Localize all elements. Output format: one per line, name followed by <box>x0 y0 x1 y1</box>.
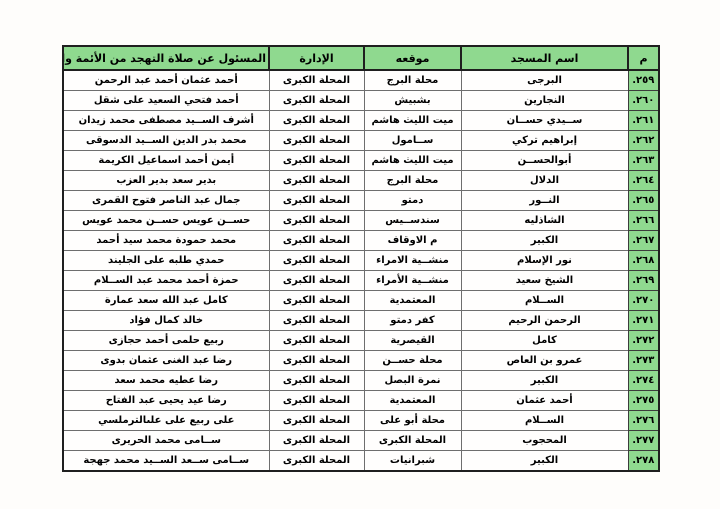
cell-mosque-name: كامل <box>461 331 628 351</box>
cell-row-number: ٢٧٦. <box>628 411 659 431</box>
col-header-responsible: المسئول عن صلاة التهجد من الأئمة والخطبا… <box>63 46 269 70</box>
cell-responsible: أيمن أحمد اسماعيل الكريمة <box>63 151 269 171</box>
cell-location: القيصرية <box>364 331 461 351</box>
cell-row-number: ٢٧٧. <box>628 431 659 451</box>
cell-row-number: ٢٦٦. <box>628 211 659 231</box>
cell-row-number: ٢٦٩. <box>628 271 659 291</box>
cell-location: شبرانيات <box>364 451 461 472</box>
cell-administration: المحلة الكبرى <box>269 191 364 211</box>
cell-administration: المحلة الكبرى <box>269 311 364 331</box>
cell-responsible: كامل عبد الله سعد عمارة <box>63 291 269 311</box>
cell-responsible: أحمد فتحي السعيد على شقل <box>63 91 269 111</box>
table-row: ٢٧٤. الكبير نمرة البصل المحلة الكبرى رضا… <box>63 371 659 391</box>
cell-mosque-name: الرحمن الرحيم <box>461 311 628 331</box>
cell-mosque-name: أبوالحســن <box>461 151 628 171</box>
cell-row-number: ٢٦٢. <box>628 131 659 151</box>
cell-administration: المحلة الكبرى <box>269 131 364 151</box>
cell-location: المعتمدية <box>364 291 461 311</box>
cell-mosque-name: الدلال <box>461 171 628 191</box>
cell-mosque-name: النجارين <box>461 91 628 111</box>
table-row: ٢٦٤. الدلال محلة البرج المحلة الكبرى بدي… <box>63 171 659 191</box>
cell-row-number: ٢٦٣. <box>628 151 659 171</box>
table-row: ٢٦٣. أبوالحســن ميت الليث هاشم المحلة ال… <box>63 151 659 171</box>
cell-responsible: محمد بدر الدين الســيد الدسوقى <box>63 131 269 151</box>
cell-responsible: حمدي طلبه على الجليند <box>63 251 269 271</box>
cell-row-number: ٢٦٧. <box>628 231 659 251</box>
cell-mosque-name: المحجوب <box>461 431 628 451</box>
cell-row-number: ٢٥٩. <box>628 70 659 91</box>
cell-location: ميت الليث هاشم <box>364 151 461 171</box>
cell-location: سندســيس <box>364 211 461 231</box>
cell-mosque-name: نور الإسلام <box>461 251 628 271</box>
table-row: ٢٦٢. إبراهيم تركي ســامول المحلة الكبرى … <box>63 131 659 151</box>
cell-mosque-name: أحمد عثمان <box>461 391 628 411</box>
cell-responsible: حمزة أحمد محمد عبد الســلام <box>63 271 269 291</box>
cell-mosque-name: الكبير <box>461 451 628 472</box>
cell-row-number: ٢٧٨. <box>628 451 659 472</box>
table-row: ٢٦٥. النــور دمتو المحلة الكبرى جمال عبد… <box>63 191 659 211</box>
table-row: ٢٧٧. المحجوب المحلة الكبرى المحلة الكبرى… <box>63 431 659 451</box>
cell-administration: المحلة الكبرى <box>269 251 364 271</box>
cell-location: ميت الليث هاشم <box>364 111 461 131</box>
cell-administration: المحلة الكبرى <box>269 391 364 411</box>
col-header-administration: الإدارة <box>269 46 364 70</box>
cell-responsible: على ربيع على علىالترملسي <box>63 411 269 431</box>
cell-responsible: ربيع حلمى أحمد حجازى <box>63 331 269 351</box>
table-body: ٢٥٩. البرجى محلة البرج المحلة الكبرى أحم… <box>63 70 659 471</box>
cell-administration: المحلة الكبرى <box>269 111 364 131</box>
cell-mosque-name: الشاذليه <box>461 211 628 231</box>
cell-location: محلة البرج <box>364 70 461 91</box>
cell-responsible: أشرف الســيد مصطفى محمد زيدان <box>63 111 269 131</box>
cell-administration: المحلة الكبرى <box>269 151 364 171</box>
cell-administration: المحلة الكبرى <box>269 70 364 91</box>
cell-administration: المحلة الكبرى <box>269 291 364 311</box>
cell-location: منشــية الأمراء <box>364 271 461 291</box>
cell-row-number: ٢٧٢. <box>628 331 659 351</box>
cell-responsible: رضا عطيه محمد سعد <box>63 371 269 391</box>
col-header-mosque-name: اسم المسجد <box>461 46 628 70</box>
cell-administration: المحلة الكبرى <box>269 451 364 472</box>
cell-row-number: ٢٧٥. <box>628 391 659 411</box>
cell-mosque-name: البرجى <box>461 70 628 91</box>
table-row: ٢٦٦. الشاذليه سندســيس المحلة الكبرى حسـ… <box>63 211 659 231</box>
cell-mosque-name: الكبير <box>461 231 628 251</box>
table-row: ٢٦١. ســيدي حســان ميت الليث هاشم المحلة… <box>63 111 659 131</box>
cell-row-number: ٢٧٠. <box>628 291 659 311</box>
table-row: ٢٧١. الرحمن الرحيم كفر دمتو المحلة الكبر… <box>63 311 659 331</box>
cell-row-number: ٢٧٣. <box>628 351 659 371</box>
table-row: ٢٦٨. نور الإسلام منشــية الامراء المحلة … <box>63 251 659 271</box>
cell-row-number: ٢٦٥. <box>628 191 659 211</box>
cell-administration: المحلة الكبرى <box>269 91 364 111</box>
cell-location: المحلة الكبرى <box>364 431 461 451</box>
table-row: ٢٦٩. الشيخ سعيد منشــية الأمراء المحلة ا… <box>63 271 659 291</box>
cell-location: منشــية الامراء <box>364 251 461 271</box>
cell-location: دمتو <box>364 191 461 211</box>
cell-location: م الاوقاف <box>364 231 461 251</box>
cell-location: محلة أبو على <box>364 411 461 431</box>
cell-responsible: حســن عويس حســن محمد عويس <box>63 211 269 231</box>
cell-location: بشبيش <box>364 91 461 111</box>
cell-responsible: رضا عبد الغنى عثمان بدوى <box>63 351 269 371</box>
cell-administration: المحلة الكبرى <box>269 171 364 191</box>
cell-administration: المحلة الكبرى <box>269 211 364 231</box>
cell-location: محلة البرج <box>364 171 461 191</box>
cell-administration: المحلة الكبرى <box>269 271 364 291</box>
cell-mosque-name: الســلام <box>461 291 628 311</box>
cell-mosque-name: الســلام <box>461 411 628 431</box>
table-row: ٢٦٧. الكبير م الاوقاف المحلة الكبرى محمد… <box>63 231 659 251</box>
cell-mosque-name: الكبير <box>461 371 628 391</box>
cell-responsible: ســامى ســعد الســيد محمد جهجة <box>63 451 269 472</box>
cell-location: محلة حســن <box>364 351 461 371</box>
cell-responsible: خالد كمال فؤاد <box>63 311 269 331</box>
cell-row-number: ٢٦١. <box>628 111 659 131</box>
col-header-location: موقعه <box>364 46 461 70</box>
cell-row-number: ٢٧١. <box>628 311 659 331</box>
cell-administration: المحلة الكبرى <box>269 431 364 451</box>
header-row: م اسم المسجد موقعه الإدارة المسئول عن صل… <box>63 46 659 70</box>
tahajjud-mosques-table: م اسم المسجد موقعه الإدارة المسئول عن صل… <box>62 45 660 472</box>
cell-row-number: ٢٦٤. <box>628 171 659 191</box>
cell-mosque-name: عمرو بن العاص <box>461 351 628 371</box>
cell-administration: المحلة الكبرى <box>269 371 364 391</box>
table-row: ٢٧٥. أحمد عثمان المعتمدية المحلة الكبرى … <box>63 391 659 411</box>
cell-mosque-name: الشيخ سعيد <box>461 271 628 291</box>
cell-mosque-name: إبراهيم تركي <box>461 131 628 151</box>
table-row: ٢٧٦. الســلام محلة أبو على المحلة الكبرى… <box>63 411 659 431</box>
table-row: ٢٦٠. النجارين بشبيش المحلة الكبرى أحمد ف… <box>63 91 659 111</box>
cell-location: ســامول <box>364 131 461 151</box>
table-row: ٢٧٨. الكبير شبرانيات المحلة الكبرى ســام… <box>63 451 659 472</box>
cell-administration: المحلة الكبرى <box>269 331 364 351</box>
cell-responsible: ســامى محمد الحريرى <box>63 431 269 451</box>
cell-responsible: جمال عبد الناصر فتوح القمرى <box>63 191 269 211</box>
cell-row-number: ٢٧٤. <box>628 371 659 391</box>
cell-responsible: رضا عيد يحيى عبد الفتاح <box>63 391 269 411</box>
cell-location: المعتمدية <box>364 391 461 411</box>
cell-administration: المحلة الكبرى <box>269 411 364 431</box>
cell-responsible: محمد حمودة محمد سيد أحمد <box>63 231 269 251</box>
cell-location: كفر دمتو <box>364 311 461 331</box>
cell-administration: المحلة الكبرى <box>269 231 364 251</box>
table-row: ٢٧٢. كامل القيصرية المحلة الكبرى ربيع حل… <box>63 331 659 351</box>
table-row: ٢٧٠. الســلام المعتمدية المحلة الكبرى كا… <box>63 291 659 311</box>
cell-responsible: أحمد عثمان أحمد عبد الرحمن <box>63 70 269 91</box>
cell-administration: المحلة الكبرى <box>269 351 364 371</box>
cell-row-number: ٢٦٠. <box>628 91 659 111</box>
document-page: م اسم المسجد موقعه الإدارة المسئول عن صل… <box>0 0 720 509</box>
table-header: م اسم المسجد موقعه الإدارة المسئول عن صل… <box>63 46 659 70</box>
cell-row-number: ٢٦٨. <box>628 251 659 271</box>
table-row: ٢٥٩. البرجى محلة البرج المحلة الكبرى أحم… <box>63 70 659 91</box>
col-header-num: م <box>628 46 659 70</box>
table-row: ٢٧٣. عمرو بن العاص محلة حســن المحلة الك… <box>63 351 659 371</box>
cell-responsible: بدير سعد بدير العزب <box>63 171 269 191</box>
cell-location: نمرة البصل <box>364 371 461 391</box>
cell-mosque-name: ســيدي حســان <box>461 111 628 131</box>
cell-mosque-name: النــور <box>461 191 628 211</box>
